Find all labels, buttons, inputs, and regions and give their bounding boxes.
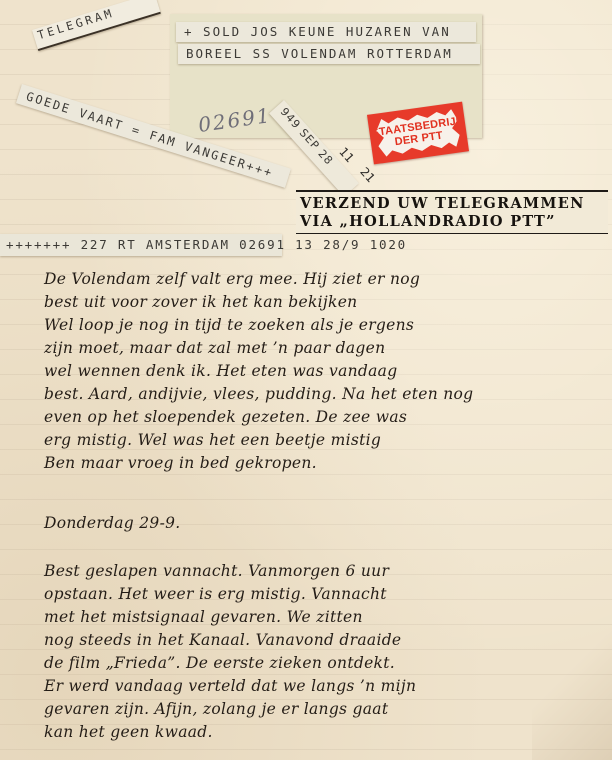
diary-line: opstaan. Het weer is erg mistig. Vannach… <box>44 585 387 603</box>
diary-line: Er werd vandaag verteld dat we langs ’n … <box>44 677 416 695</box>
diary-line: kan het geen kwaad. <box>44 723 213 741</box>
hollandradio-banner: VERZEND UW TELEGRAMMEN VIA „HOLLANDRADIO… <box>296 190 608 234</box>
diary-line: nog steeds in het Kanaal. Vanavond draai… <box>44 631 401 649</box>
diary-line: de film „Frieda”. De eerste zieken ontde… <box>44 654 395 672</box>
diary-line: Best geslapen vannacht. Vanmorgen 6 uur <box>44 562 389 580</box>
diary-line: erg mistig. Wel was het een beetje misti… <box>44 431 381 449</box>
diary-line: gevaren zijn. Afijn, zolang je er langs … <box>44 700 388 718</box>
telegram-address-line-2: BOREEL SS VOLENDAM ROTTERDAM <box>178 44 480 64</box>
telegram-label: TELEGRAM <box>32 0 161 51</box>
diary-line: wel wennen denk ik. Het eten was vandaag <box>44 362 397 380</box>
banner-line-2: VIA „HOLLANDRADIO PTT” <box>300 213 604 231</box>
stamp-star-icon: STAATSBEDRIJF DER PTT <box>375 108 461 157</box>
time-mark-2: 21 <box>357 165 378 186</box>
page-corner-shadow <box>532 620 612 760</box>
diary-line: even op het sloependek gezeten. De zee w… <box>44 408 407 426</box>
diary-date-heading: Donderdag 29-9. <box>44 514 181 532</box>
telegram-address-line-1: + SOLD JOS KEUNE HUZAREN VAN <box>176 22 476 42</box>
banner-line-1: VERZEND UW TELEGRAMMEN <box>300 195 604 213</box>
diary-line: Wel loop je nog in tijd te zoeken als je… <box>44 316 414 334</box>
diary-line: best uit voor zover ik het kan bekijken <box>44 293 357 311</box>
diary-line: met het mistsignaal gevaren. We zitten <box>44 608 363 626</box>
diary-line: De Volendam zelf valt erg mee. Hij ziet … <box>44 270 420 288</box>
telegram-route-line: +++++++ 227 RT AMSTERDAM 02691 13 28/9 1… <box>0 234 282 256</box>
diary-line: Ben maar vroeg in bed gekropen. <box>44 454 317 472</box>
diary-page: TELEGRAM + SOLD JOS KEUNE HUZAREN VAN BO… <box>0 0 612 760</box>
diary-line: zijn moet, maar dat zal met ’n paar dage… <box>44 339 385 357</box>
diary-line: best. Aard, andijvie, vlees, pudding. Na… <box>44 385 473 403</box>
